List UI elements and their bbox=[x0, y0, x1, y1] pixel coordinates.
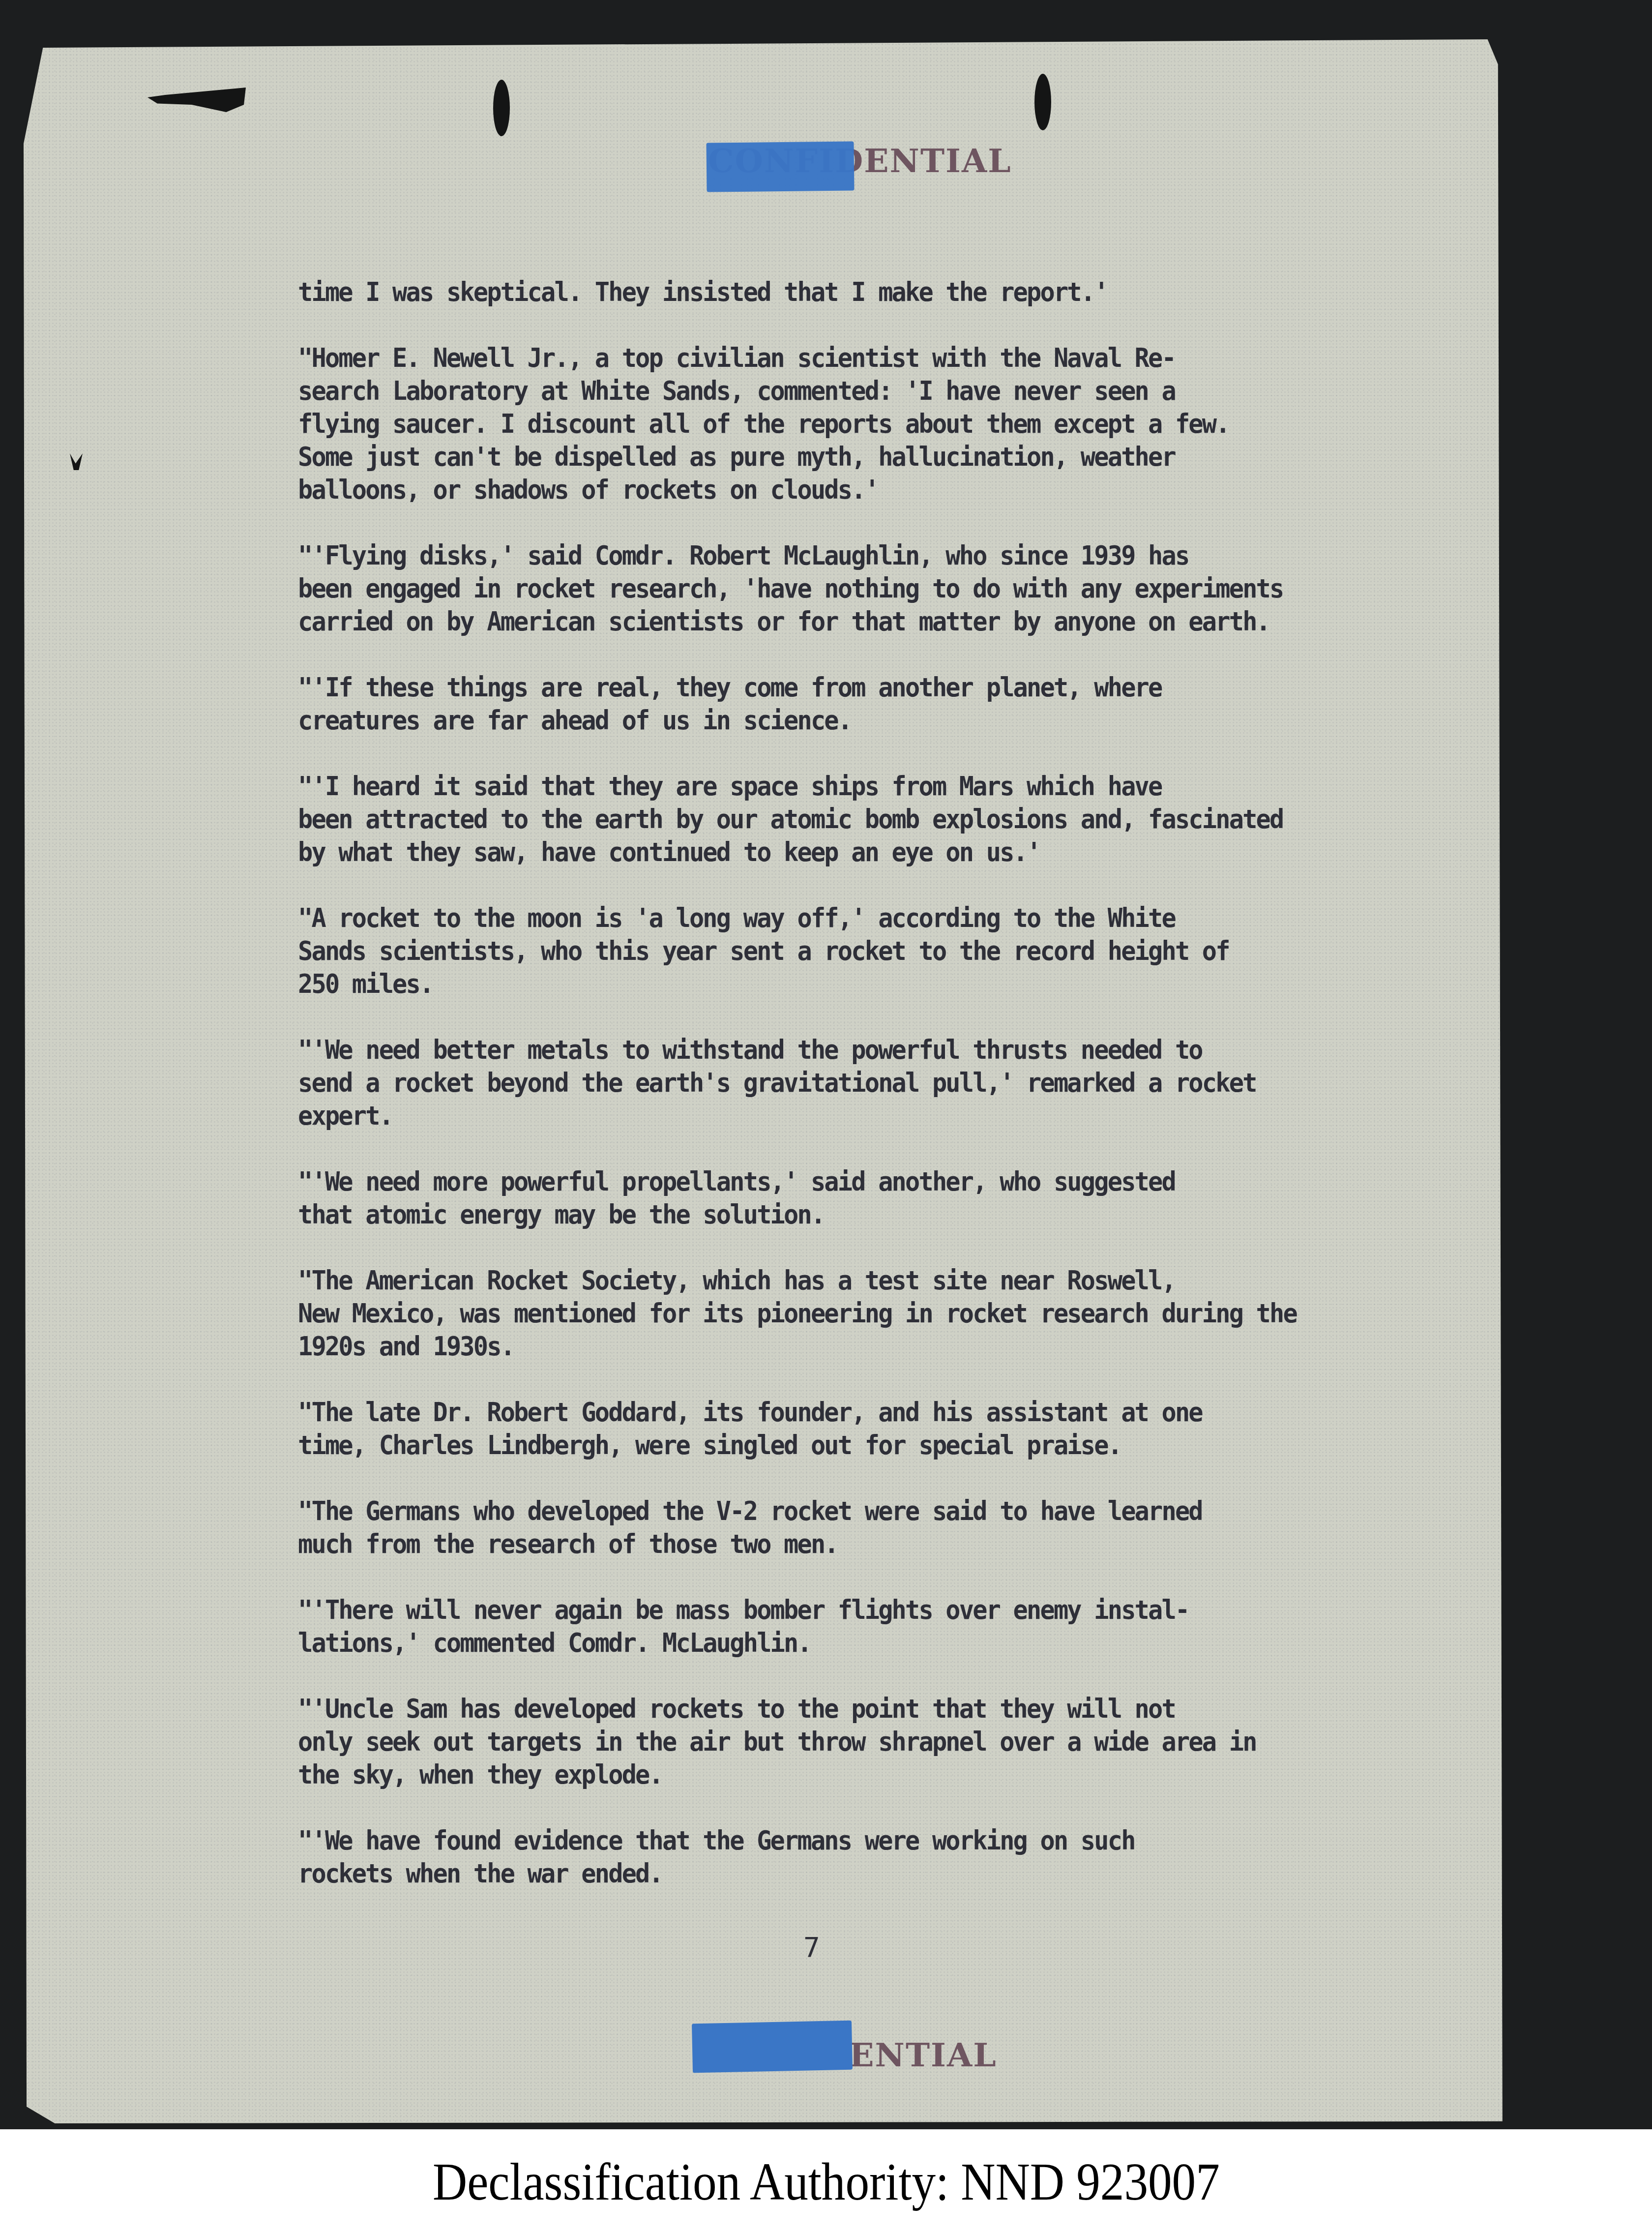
paragraph: "'Uncle Sam has developed rockets to the… bbox=[298, 1692, 1469, 1791]
paragraph: "'Flying disks,' said Comdr. Robert McLa… bbox=[298, 539, 1469, 638]
paragraph: "The late Dr. Robert Goddard, its founde… bbox=[298, 1396, 1469, 1461]
paragraph: "'We have found evidence that the German… bbox=[298, 1824, 1469, 1890]
paragraph: "'There will never again be mass bomber … bbox=[298, 1593, 1469, 1659]
paragraph: "A rocket to the moon is 'a long way off… bbox=[298, 901, 1469, 1000]
punch-hole-left bbox=[493, 80, 510, 136]
declassification-footer: Declassification Authority: NND 923007 bbox=[0, 2129, 1652, 2235]
paragraph: "The American Rocket Society, which has … bbox=[298, 1264, 1469, 1363]
paragraph: "'I heard it said that they are space sh… bbox=[298, 770, 1469, 868]
paragraph: "Homer E. Newell Jr., a top civilian sci… bbox=[298, 341, 1469, 506]
punch-hole-right bbox=[1034, 74, 1051, 130]
paragraph: "The Germans who developed the V-2 rocke… bbox=[298, 1494, 1469, 1560]
paragraph: "'If these things are real, they come fr… bbox=[298, 671, 1469, 737]
declassification-authority-text: Declassification Authority: NND 923007 bbox=[433, 2152, 1220, 2213]
redaction-marker-top bbox=[706, 141, 854, 192]
redaction-marker-bottom bbox=[692, 2021, 853, 2073]
paragraph: "'We need more powerful propellants,' sa… bbox=[298, 1165, 1469, 1231]
scan-background: CONFIDENTIAL time I was skeptical. They … bbox=[0, 0, 1652, 2129]
paragraph: time I was skeptical. They insisted that… bbox=[298, 275, 1469, 308]
paragraph: "'We need better metals to withstand the… bbox=[298, 1033, 1469, 1132]
document-body: time I was skeptical. They insisted that… bbox=[298, 275, 1469, 1923]
page-number: 7 bbox=[803, 1932, 820, 1964]
